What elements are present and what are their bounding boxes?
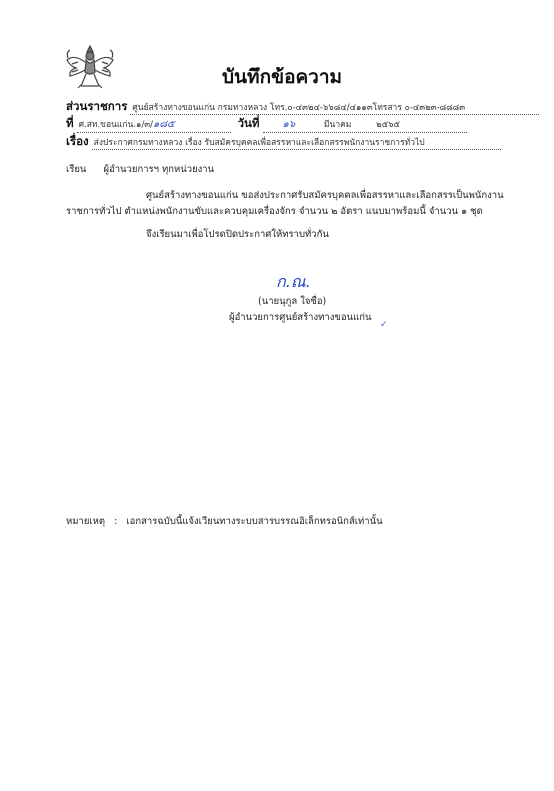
agency-value: ศูนย์สร้างทางขอนแก่น กรมทางหลวง โทร.๐-๔๓… <box>130 100 539 115</box>
remark-label: หมายเหตุ <box>66 516 105 527</box>
date-day: ๑๖ <box>283 119 296 130</box>
agency-row: ส่วนราชการ ศูนย์สร้างทางขอนแก่น กรมทางหล… <box>66 98 539 116</box>
ref-label: ที่ <box>66 115 74 133</box>
ref-date-row: ที่ ศ.สท.ขอนแก่น.๑/๓/๑๘๕ วันที่ ๑๖ มีนาค… <box>66 115 467 133</box>
ref-value: ศ.สท.ขอนแก่น.๑/๓/ <box>79 120 153 130</box>
salutation: เรียน ผู้อำนวยการฯ ทุกหน่วยงาน <box>66 162 214 177</box>
page-title: บันทึกข้อความ <box>222 62 342 92</box>
ref-handwritten: ๑๘๕ <box>153 119 175 130</box>
paragraph-1-line-2: ราชการทั่วไป ตำแหน่งพนักงานขับและควบคุมเ… <box>66 204 483 219</box>
ref-field: ศ.สท.ขอนแก่น.๑/๓/๑๘๕ <box>77 117 231 133</box>
salutation-value: ผู้อำนวยการฯ ทุกหน่วยงาน <box>103 164 214 175</box>
signer-position: ผู้อำนวยการศูนย์สร้างทางขอนแก่น <box>229 310 371 325</box>
paragraph-2: จึงเรียนมาเพื่อโปรดปิดประกาศให้ทราบทั่วก… <box>146 227 329 242</box>
signature-handwritten: ก.ณ. <box>276 270 311 295</box>
subject-row: เรื่อง ส่งประกาศกรมทางหลวง เรื่อง รับสมั… <box>66 133 501 151</box>
salutation-label: เรียน <box>66 164 86 175</box>
subject-value: ส่งประกาศกรมทางหลวง เรื่อง รับสมัครบุคคล… <box>92 135 501 150</box>
remark-value: เอกสารฉบับนี้แจ้งเวียนทางระบบสารบรรณอิเล… <box>126 516 382 527</box>
remark: หมายเหตุ : เอกสารฉบับนี้แจ้งเวียนทางระบบ… <box>66 514 383 529</box>
date-field: ๑๖ มีนาคม ๒๕๖๕ <box>263 117 467 133</box>
agency-label: ส่วนราชการ <box>66 98 127 116</box>
paragraph-1-line-1: ศูนย์สร้างทางขอนแก่น ขอส่งประกาศรับสมัคร… <box>146 188 504 203</box>
date-year: ๒๕๖๕ <box>376 120 400 130</box>
check-mark-icon: ✓ <box>380 320 388 330</box>
garuda-emblem-icon <box>64 42 116 92</box>
subject-label: เรื่อง <box>66 133 89 151</box>
remark-colon: : <box>114 516 117 527</box>
signer-name: (นายนุกูล ใจซื่อ) <box>258 294 326 309</box>
date-label: วันที่ <box>238 115 260 133</box>
date-month: มีนาคม <box>324 120 351 130</box>
